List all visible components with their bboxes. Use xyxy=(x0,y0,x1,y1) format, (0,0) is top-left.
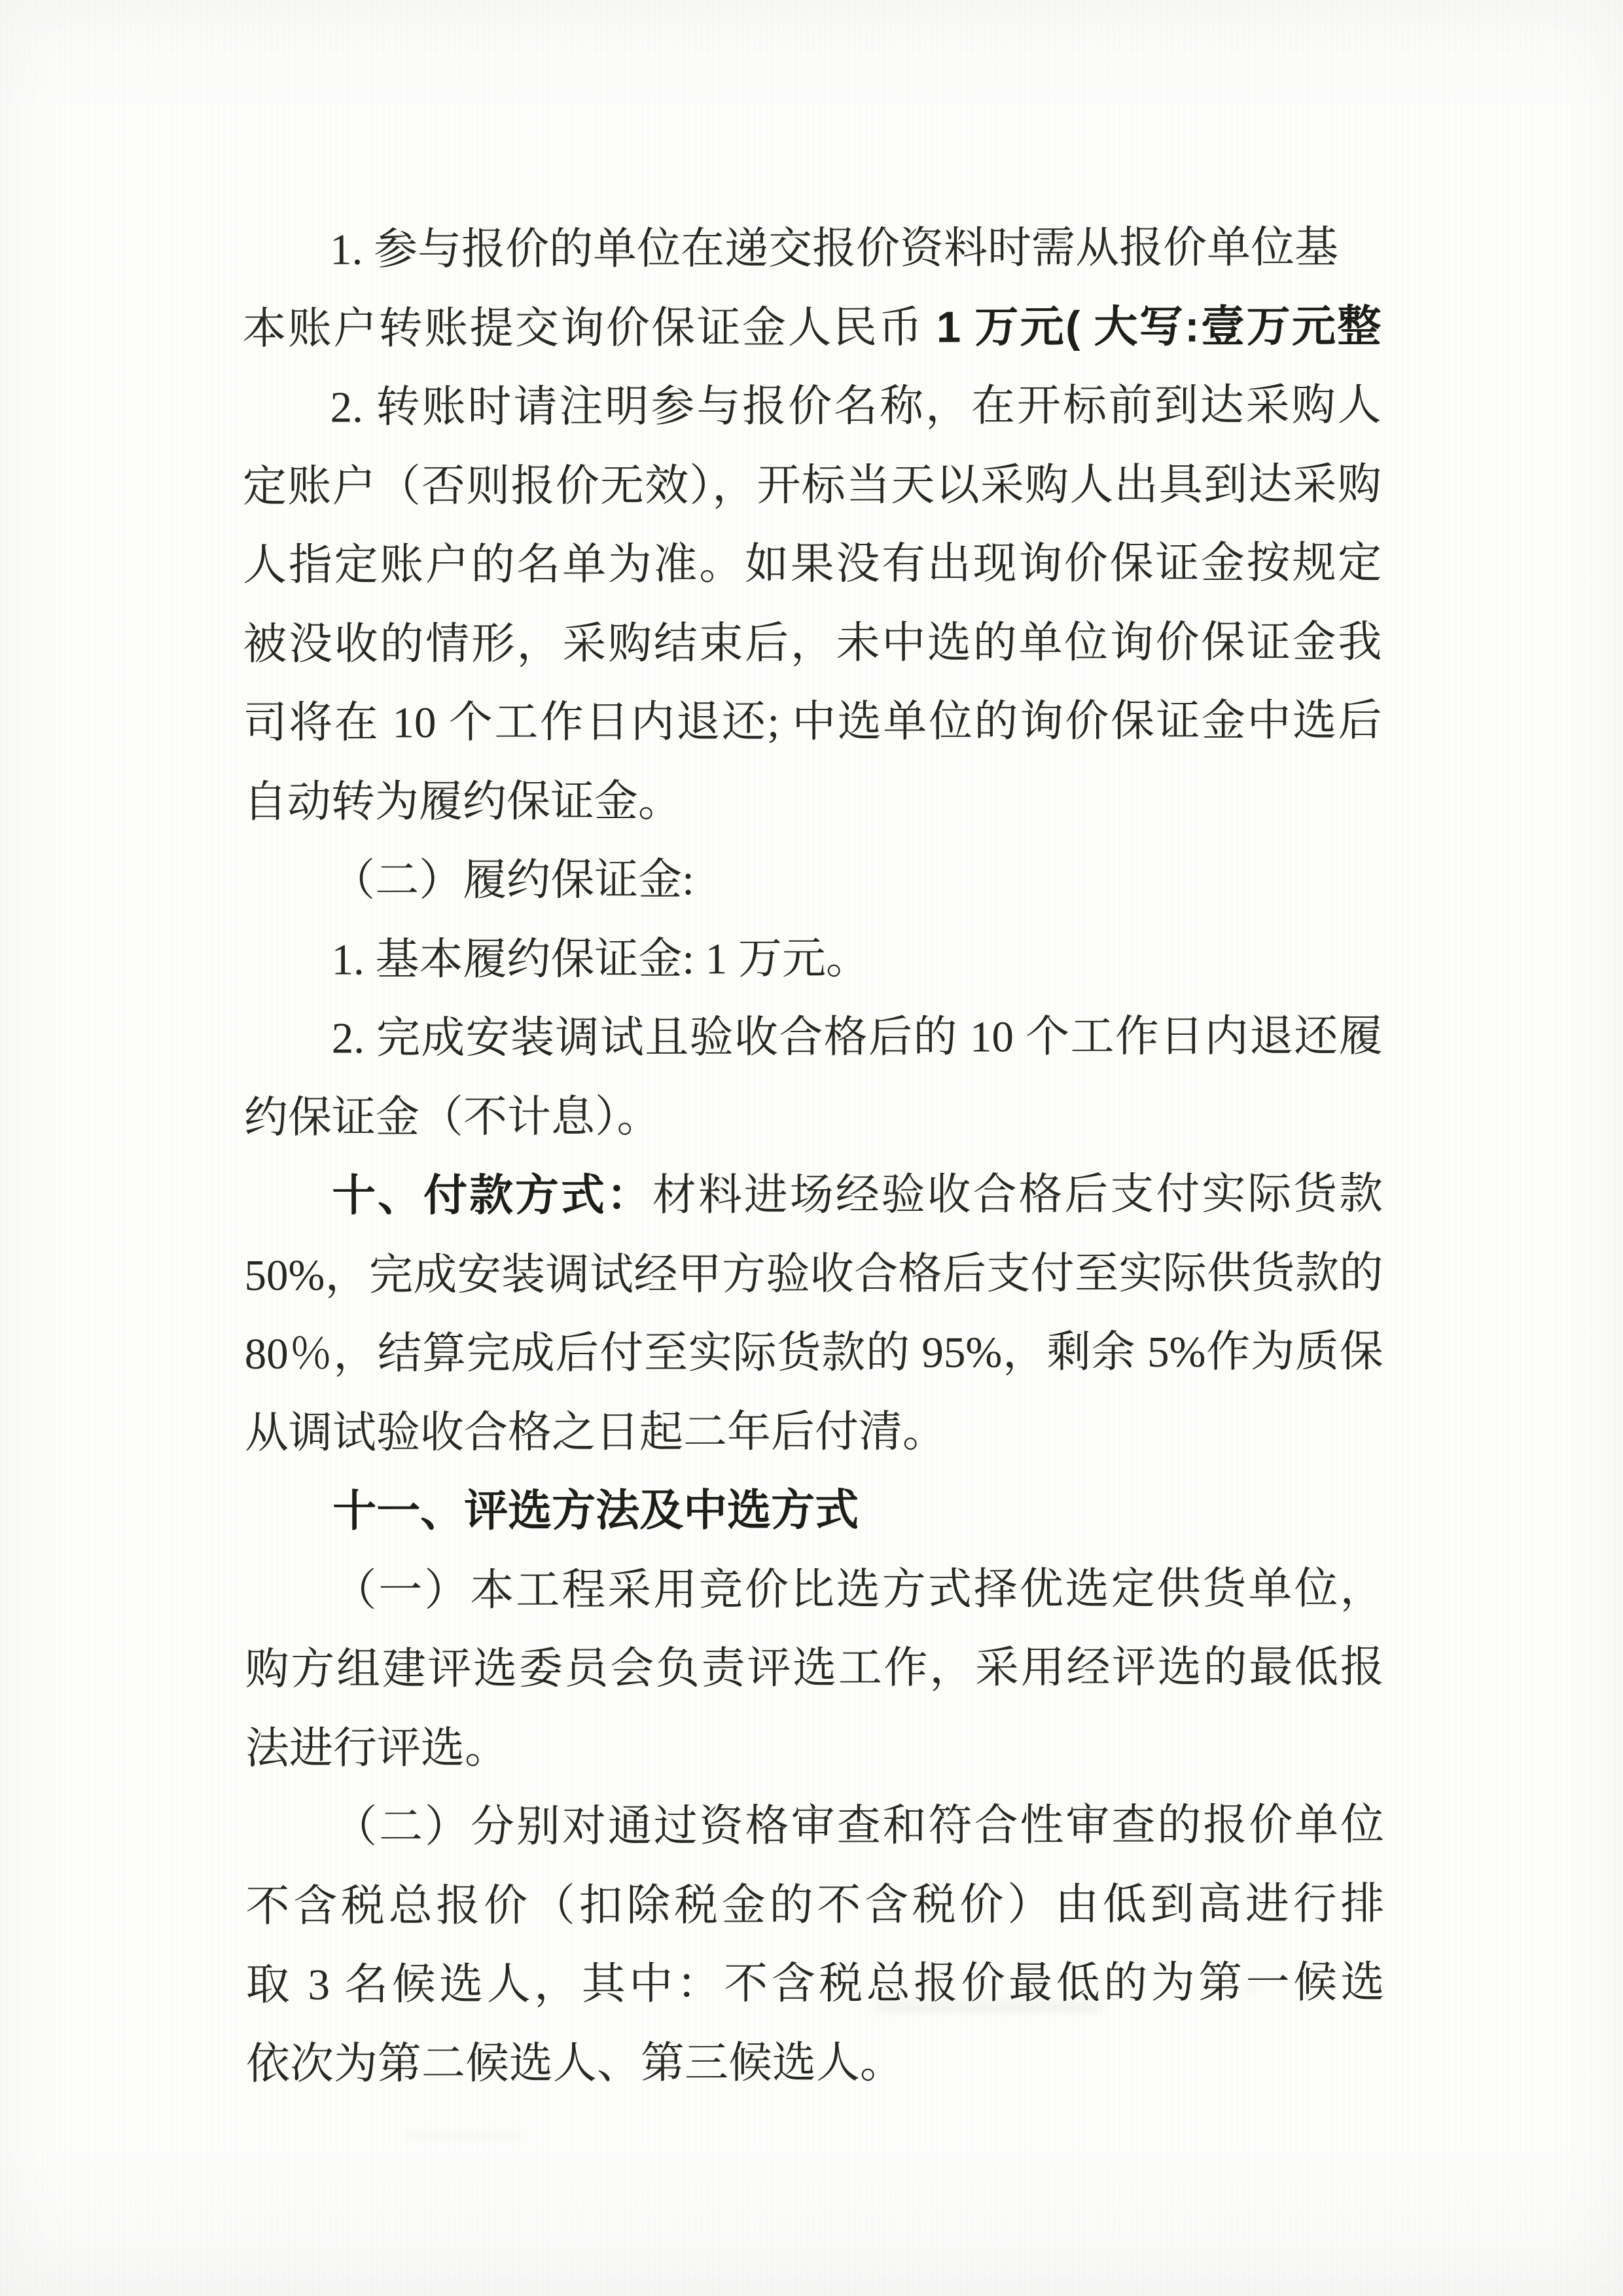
scanned-document-page: 1. 参与报价的单位在递交报价资料时需从报价单位基本账户转账提交询价保证金人民币… xyxy=(0,0,1623,2296)
text-line: 取 3 名候选人，其中：不含税总报价最低的为第一候选人， xyxy=(246,1943,1385,2024)
text-run: 不含税总报价（扣除税金的不含税价）由低到高进行排序， xyxy=(245,1880,1384,1946)
text-run: （二）分别对通过资格审查和符合性审查的报价单位按 xyxy=(245,1801,1384,1867)
text-run: 1. 基本履约保证金: 1 万元。 xyxy=(331,934,870,984)
text-line: （二）分别对通过资格审查和符合性审查的报价单位按 xyxy=(245,1785,1384,1867)
text-run: （二）履约保证金: xyxy=(331,855,694,905)
text-line: 约保证金（不计息）。 xyxy=(244,1076,1383,1157)
text-line: （二）履约保证金: xyxy=(243,839,1382,920)
text-run: 人指定账户的名单为准。如果没有出现询价保证金按规定应 xyxy=(243,539,1382,605)
text-line: 依次为第二候选人、第三候选人。 xyxy=(246,2022,1385,2104)
scan-bleed-smudge xyxy=(406,2132,524,2139)
text-run: 定账户（否则报价无效），开标当天以采购人出具到达采购 xyxy=(243,460,1382,511)
text-run: 1. 参与报价的单位在递交报价资料时需从报价单位基 xyxy=(330,223,1338,274)
text-line: 定账户（否则报价无效），开标当天以采购人出具到达采购 xyxy=(243,445,1382,526)
text-run: 本账户转账提交询价保证金人民币 xyxy=(242,303,936,353)
text-line: 司将在 10 个工作日内退还; 中选单位的询价保证金中选后 xyxy=(243,681,1382,762)
text-run: 司将在 10 个工作日内退还; 中选单位的询价保证金中选后 xyxy=(243,696,1382,747)
text-line: 1. 参与报价的单位在递交报价资料时需从报价单位基 xyxy=(242,208,1381,289)
text-line: 人指定账户的名单为准。如果没有出现询价保证金按规定应 xyxy=(243,524,1382,605)
text-line: 80％，结算完成后付至实际货款的 95%，剩余 5%作为质保金， xyxy=(245,1312,1383,1393)
text-line: 自动转为履约保证金。 xyxy=(243,761,1382,842)
bold-text-run: 十一、评选方法及中选方式 xyxy=(332,1486,859,1536)
text-line: 十、付款方式：材料进场经验收合格后支付实际货款的 xyxy=(244,1155,1383,1236)
text-line: 法进行评选。 xyxy=(245,1707,1384,1788)
text-run: 约保证金（不计息）。 xyxy=(244,1092,661,1141)
text-line: 本账户转账提交询价保证金人民币 1 万元( 大写:壹万元整 ); xyxy=(242,287,1381,368)
text-run: 80％，结算完成后付至实际货款的 95%，剩余 5%作为质保金， xyxy=(245,1327,1383,1393)
text-run: 2. 完成安装调试且验收合格后的 10 个工作日内退还履 xyxy=(332,1012,1383,1062)
text-line: 50%，完成安装调试经甲方验收合格后支付至实际供货款的 xyxy=(244,1234,1383,1315)
text-run: 依次为第二候选人、第三候选人。 xyxy=(246,2038,904,2088)
text-line: 1. 基本履约保证金: 1 万元。 xyxy=(243,918,1382,999)
text-run: 从调试验收合格之日起二年后付清。 xyxy=(245,1407,946,1457)
text-run: 取 3 名候选人，其中：不含税总报价最低的为第一候选人， xyxy=(246,1958,1385,2024)
text-run: 法进行评选。 xyxy=(245,1723,508,1772)
text-line: 不含税总报价（扣除税金的不含税价）由低到高进行排序， xyxy=(245,1865,1384,1946)
text-run: 购方组建评选委员会负责评选工作，采用经评选的最低报价 xyxy=(245,1643,1384,1709)
text-line: 2. 转账时请注明参与报价名称，在开标前到达采购人指 xyxy=(243,366,1382,447)
text-line: 十一、评选方法及中选方式 xyxy=(245,1470,1383,1551)
text-run: 50%，完成安装调试经甲方验收合格后支付至实际供货款的 xyxy=(244,1249,1383,1300)
text-line: 从调试验收合格之日起二年后付清。 xyxy=(245,1391,1383,1473)
text-run: 被没收的情形，采购结束后，未中选的单位询价保证金我公 xyxy=(243,618,1382,684)
bold-text-run: 十、付款方式： xyxy=(332,1171,652,1221)
text-line: （一）本工程采用竞价比选方式择优选定供货单位，采 xyxy=(245,1549,1383,1630)
text-run: （一）本工程采用竞价比选方式择优选定供货单位，采 xyxy=(245,1564,1384,1630)
text-line: 被没收的情形，采购结束后，未中选的单位询价保证金我公 xyxy=(243,603,1382,684)
text-line: 2. 完成安装调试且验收合格后的 10 个工作日内退还履 xyxy=(244,997,1383,1078)
document-text-block: 1. 参与报价的单位在递交报价资料时需从报价单位基本账户转账提交询价保证金人民币… xyxy=(242,208,1385,2104)
text-line: 购方组建评选委员会负责评选工作，采用经评选的最低报价 xyxy=(245,1628,1384,1709)
text-run: 2. 转账时请注明参与报价名称，在开标前到达采购人指 xyxy=(243,381,1382,447)
text-run: 自动转为履约保证金。 xyxy=(243,777,682,826)
